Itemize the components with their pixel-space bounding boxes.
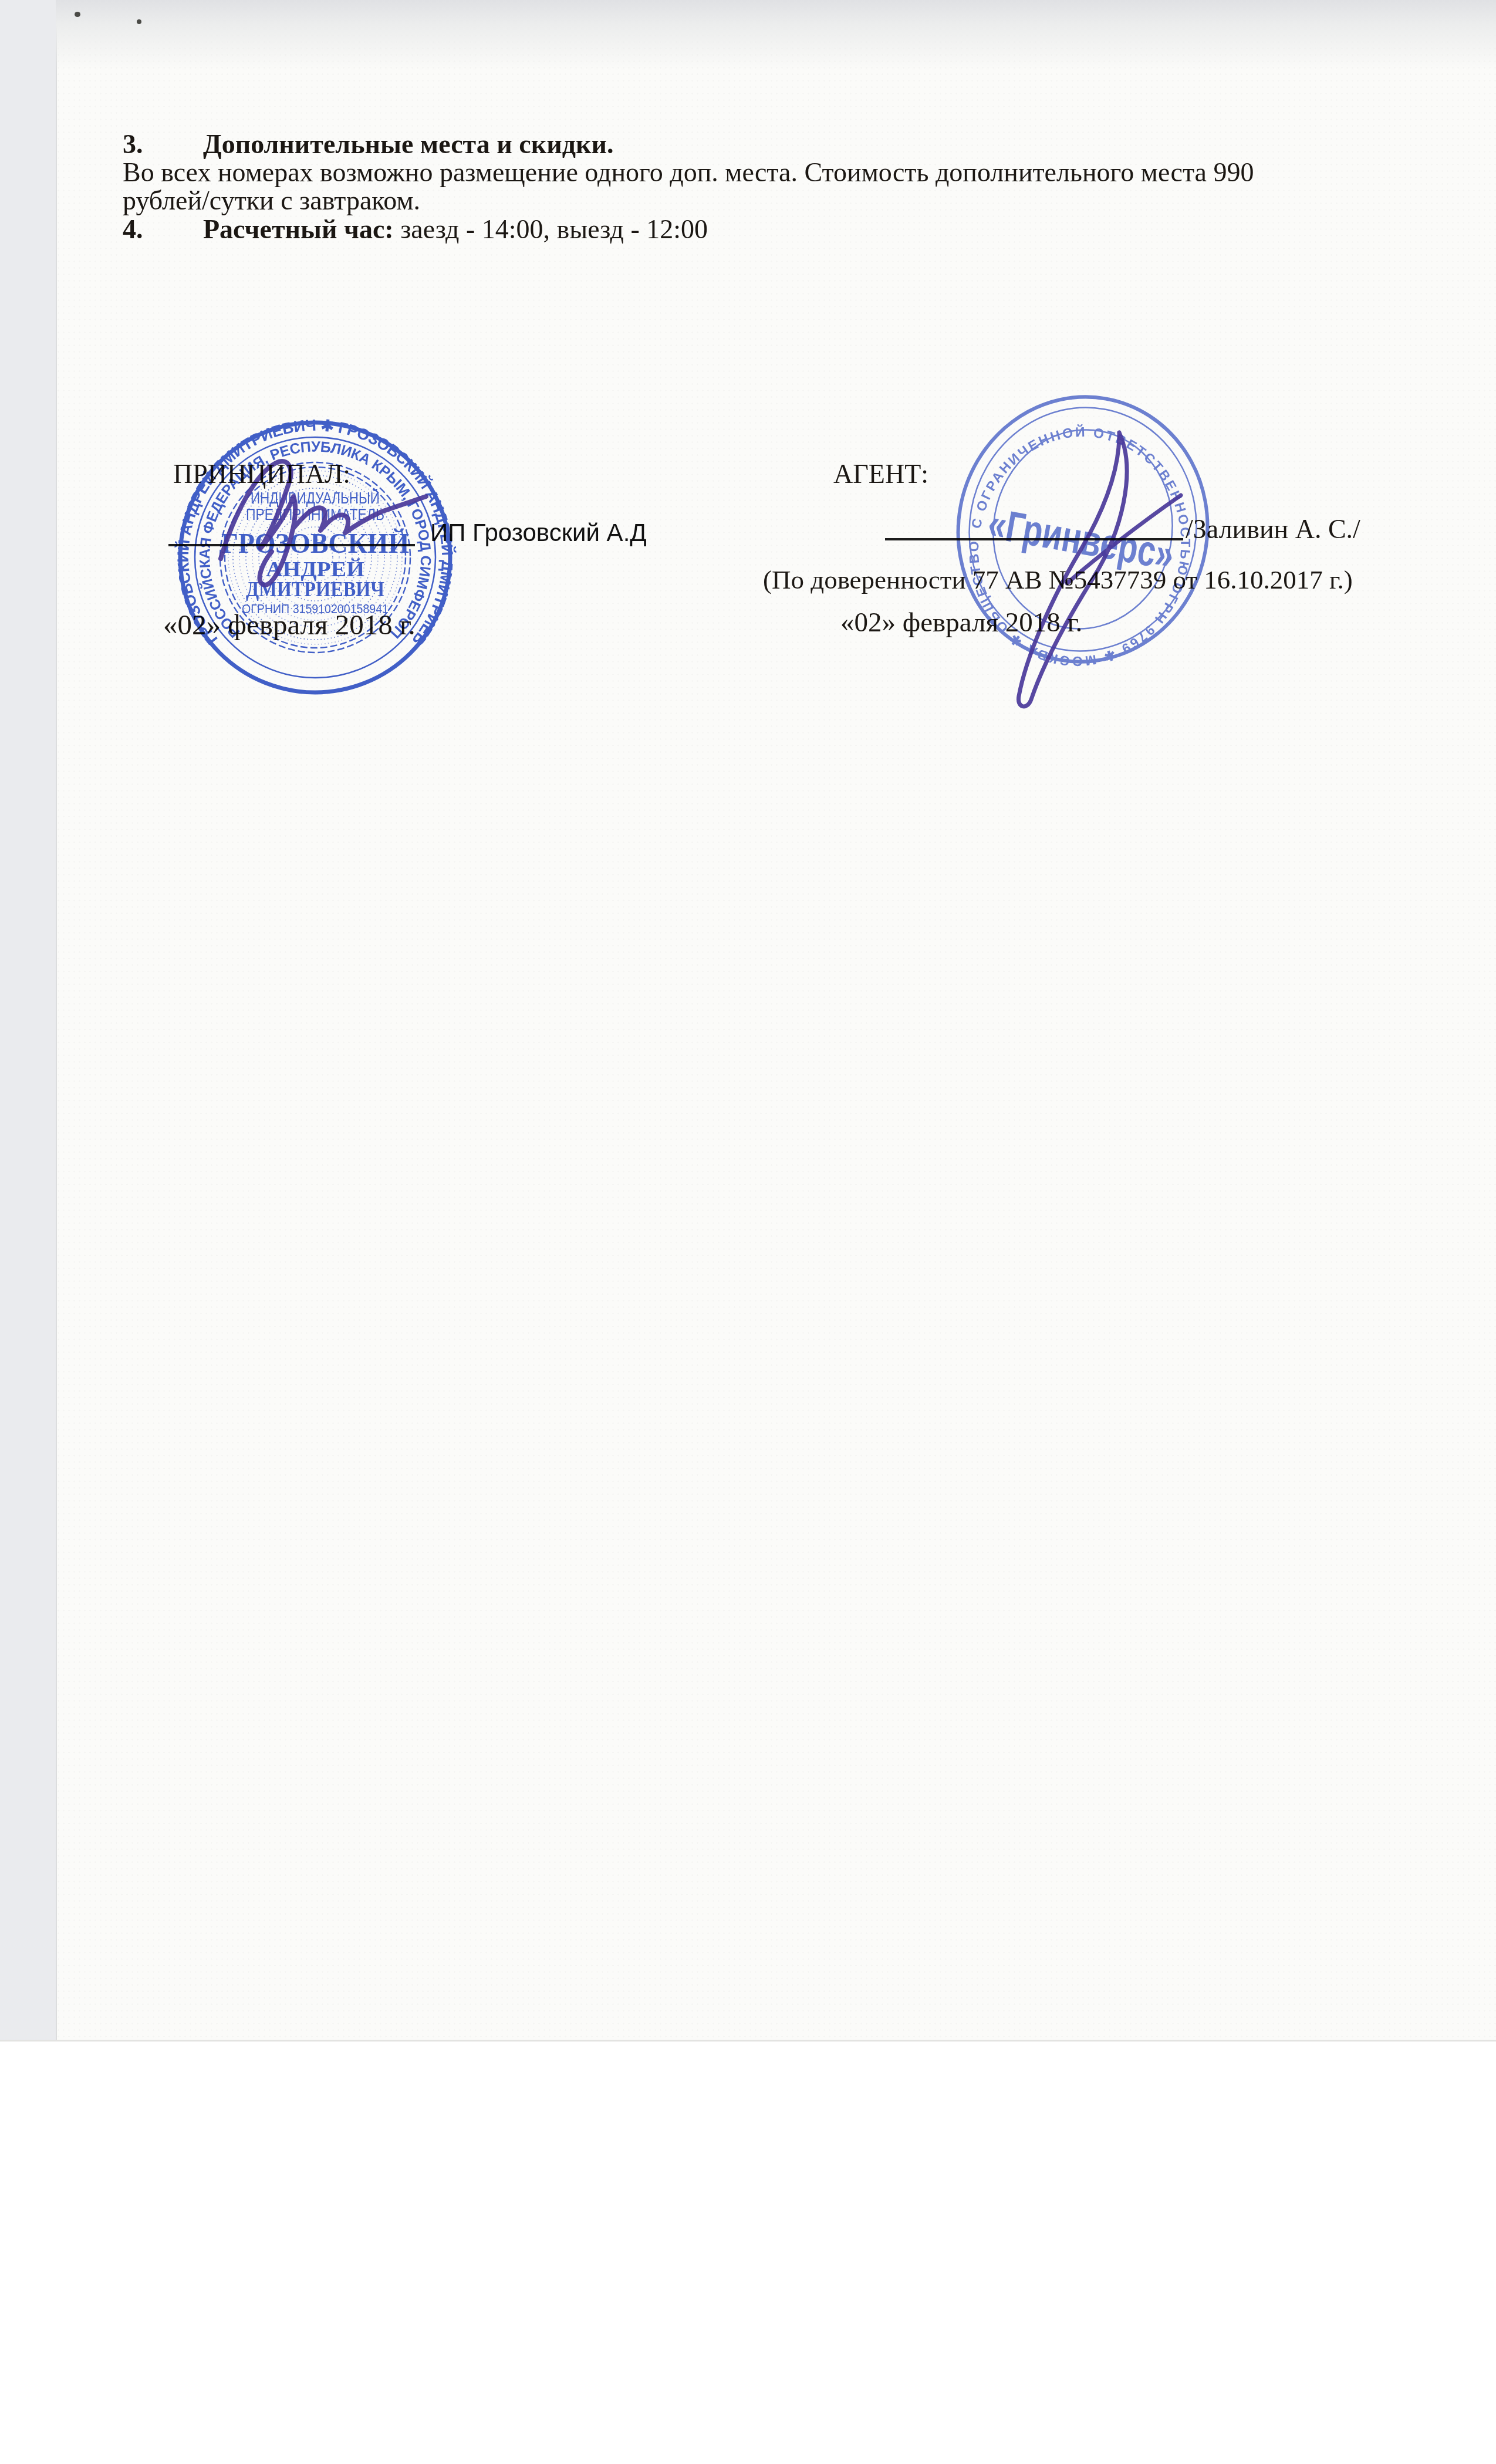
principal-signer-name: ИП Грозовский А.Д — [430, 519, 647, 547]
agent-attorney-note: (По доверенности 77 АВ №5437739 от 16.10… — [763, 565, 1353, 595]
agent-signature-line — [885, 538, 1183, 540]
scan-speck — [75, 12, 80, 17]
agent-date: «02» февраля 2018 г. — [840, 607, 1082, 638]
clause-4-number: 4. — [123, 214, 143, 245]
clause-4-title: Расчетный час: — [203, 214, 394, 244]
clause-4-line: Расчетный час: заезд - 14:00, выезд - 12… — [203, 214, 708, 245]
clause-3-body-line-1: Во всех номерах возможно размещение одно… — [123, 157, 1254, 188]
scanned-contract-page: 3. Дополнительные места и скидки. Во все… — [0, 0, 1496, 2464]
principal-label: ПРИНЦИПАЛ: — [173, 459, 350, 490]
clause-3-body-line-2: рублей/сутки с завтраком. — [123, 185, 420, 217]
clause-3-title: Дополнительные места и скидки. — [203, 129, 613, 160]
agent-signatory: /Заливин А. С./ — [1186, 514, 1360, 545]
paper-sheet — [56, 0, 1496, 2041]
scan-speck — [137, 19, 141, 24]
scan-top-shadow-band — [56, 0, 1496, 70]
agent-label: АГЕНТ: — [833, 459, 928, 490]
clause-3-number: 3. — [123, 129, 143, 160]
principal-date: «02» февраля 2018 г. — [163, 608, 416, 641]
paper-bottom-edge — [0, 2040, 1496, 2041]
principal-signature-line — [168, 544, 415, 546]
scanner-edge-strip — [0, 0, 57, 2041]
clause-4-times: заезд - 14:00, выезд - 12:00 — [394, 214, 708, 244]
